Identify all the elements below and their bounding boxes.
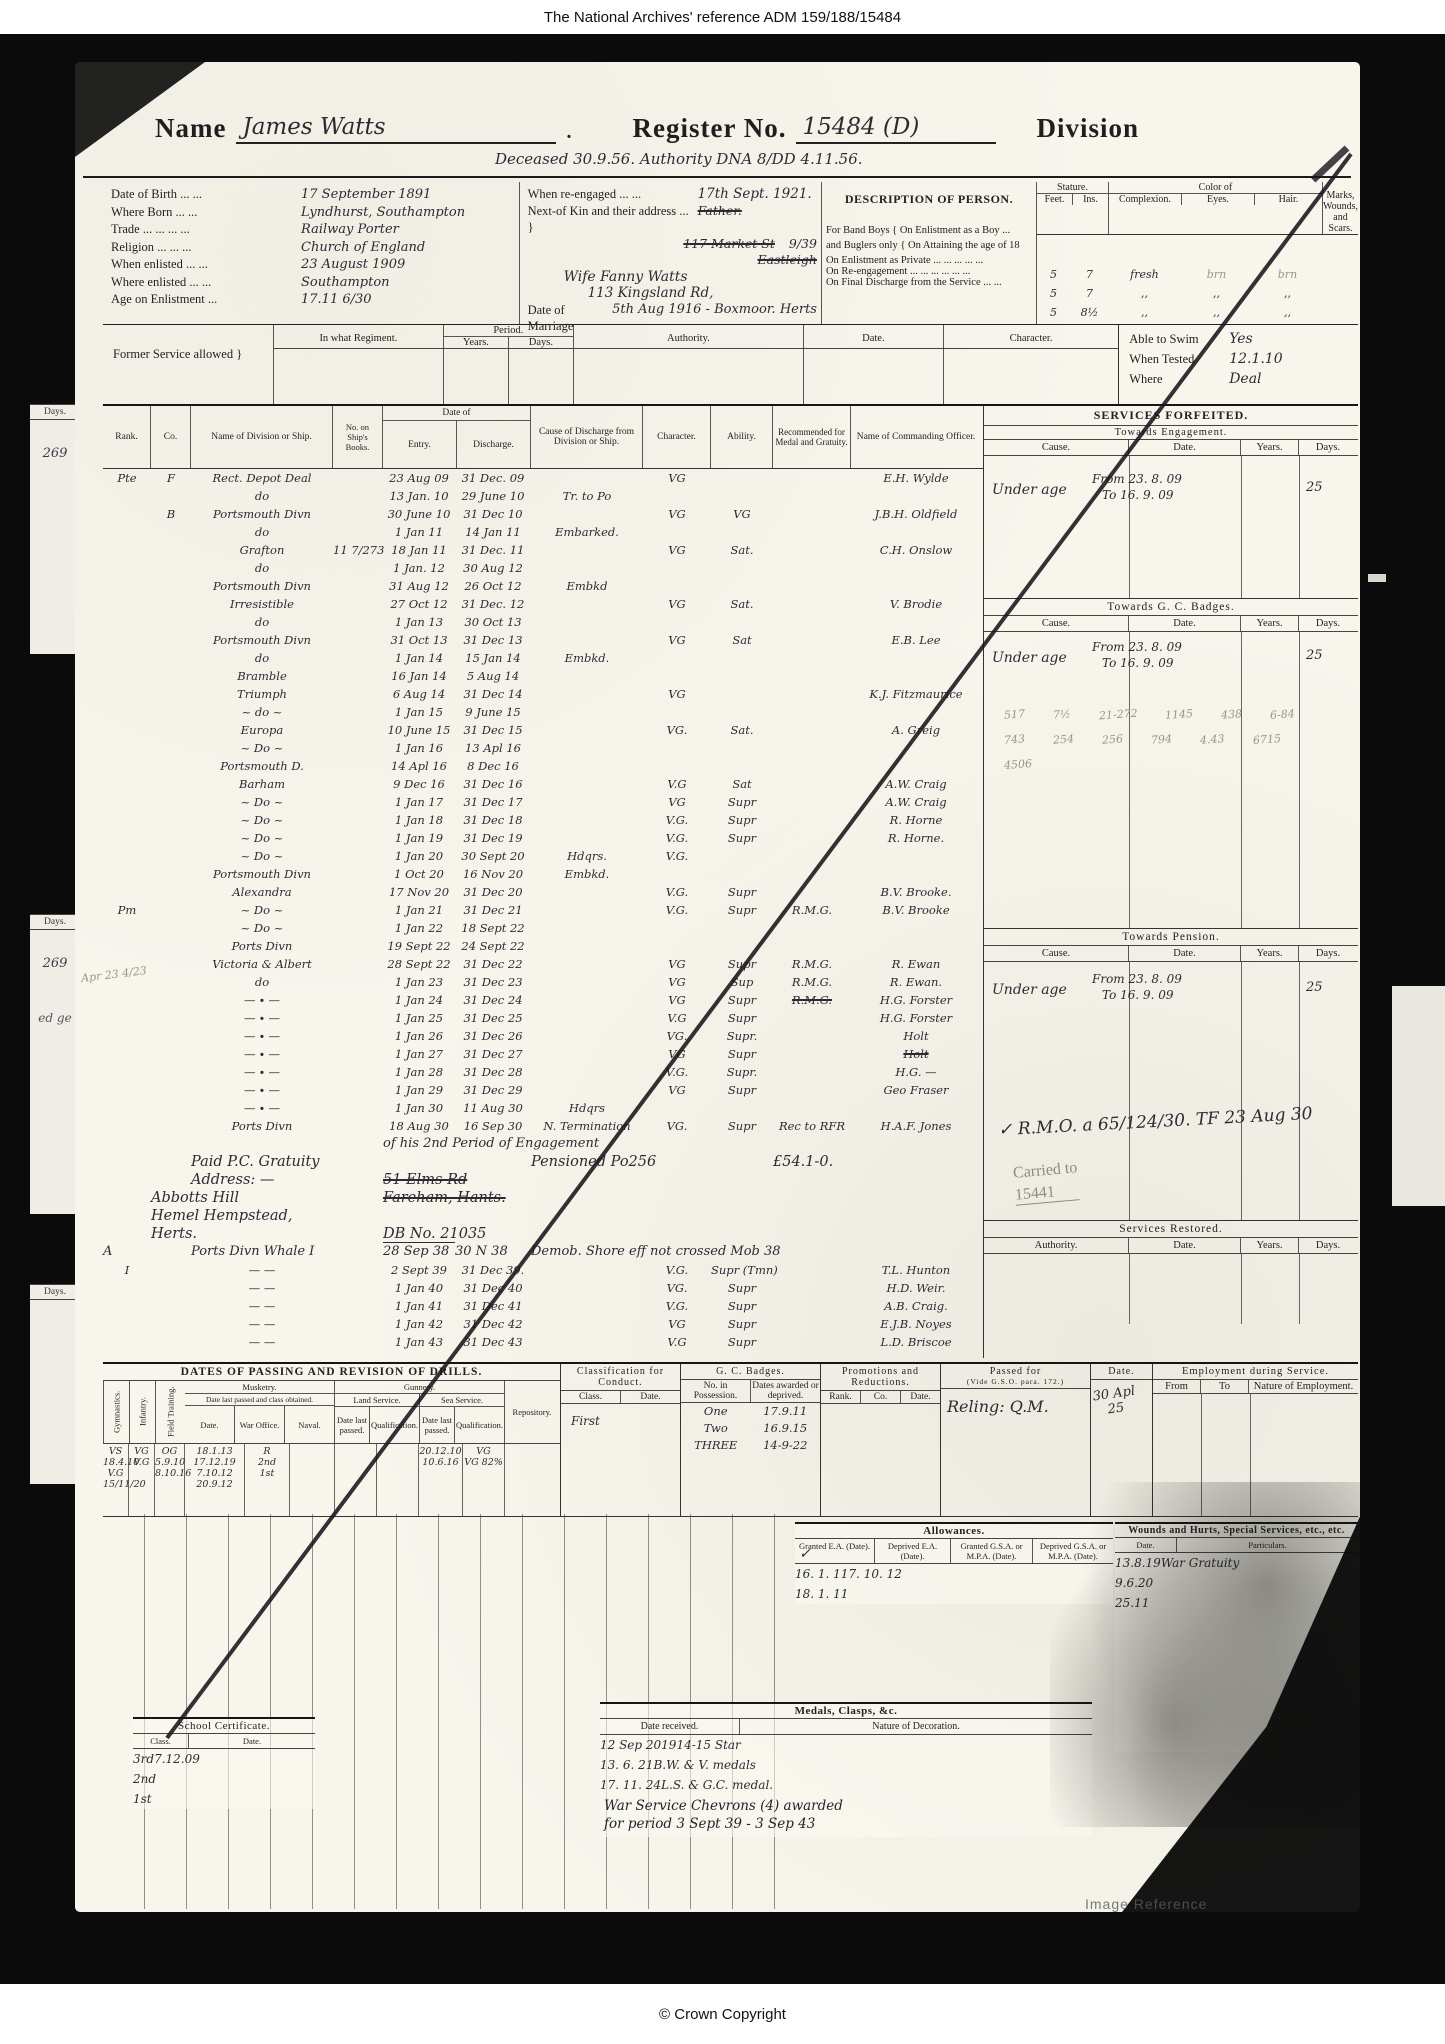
image-reference-watermark: Image Reference — [1085, 1896, 1207, 1912]
service-row-entry: 1 Jan 42 — [383, 1315, 455, 1333]
promotions-rank-header: Rank. — [821, 1391, 861, 1403]
service-row-cause — [531, 469, 643, 487]
service-row-cause — [531, 1135, 643, 1153]
desc-complexion-final: ,, — [1109, 306, 1181, 319]
service-row-officer: E.B. Lee — [851, 631, 981, 649]
service-row-entry: 1 Jan 19 — [383, 829, 455, 847]
conduct-value: First — [561, 1404, 680, 1516]
desc-row-label-final: On Final Discharge from the Service ... … — [822, 277, 1036, 288]
restored-body — [984, 1254, 1358, 1324]
service-row-discharge: 31 Dec 20 — [455, 883, 531, 901]
service-row-rank — [103, 1315, 151, 1333]
service-row-recommend — [773, 649, 851, 667]
service-row-ship: ~ Do ~ — [191, 793, 333, 811]
service-row-no — [333, 991, 383, 1009]
service-row-character — [643, 937, 711, 955]
service-row-ability: Supr. — [711, 1063, 773, 1081]
service-row: Hemel Hempstead, — [103, 1207, 983, 1225]
service-row: BPortsmouth Divn30 June 1031 Dec 10VGVGJ… — [103, 505, 983, 523]
service-row-recommend — [773, 631, 851, 649]
service-row-recommend — [773, 1333, 851, 1351]
school-class-header: Class. — [133, 1734, 189, 1748]
service-table-body: PteFRect. Depot Deal23 Aug 0931 Dec. 09V… — [103, 469, 983, 1358]
personal-field-label: Date of Birth ... ... — [111, 186, 301, 204]
service-row-ship: — — — [191, 1333, 333, 1351]
restored-title: Services Restored. — [984, 1221, 1358, 1238]
pencil-calculation: 254 — [1053, 732, 1075, 746]
name-value: James Watts — [236, 114, 556, 144]
pencil-calculation: 517 — [1004, 707, 1026, 721]
forfeited-years-header: Years. — [1241, 440, 1299, 455]
title-rule — [83, 176, 1351, 178]
service-row-no — [333, 487, 383, 505]
service-row-cause — [531, 505, 643, 523]
passed-for-title: Passed for — [990, 1366, 1041, 1377]
kin-mark: 9/39 — [789, 236, 817, 253]
service-row-character: VG — [643, 631, 711, 649]
pension-date-from: From 23. 8. 09 — [1092, 972, 1182, 986]
personal-field-label: Trade ... ... ... ... — [111, 221, 301, 239]
service-row-rank — [103, 487, 151, 505]
service-row-discharge: 31 Dec. 12 — [455, 595, 531, 613]
conduct-title: Classification for Conduct. — [561, 1364, 680, 1391]
service-row-ship: Victoria & Albert — [191, 955, 333, 973]
service-row-ability — [711, 865, 773, 883]
service-row-discharge: 26 Oct 12 — [455, 577, 531, 595]
service-row-no — [333, 955, 383, 973]
service-row-recommend — [773, 739, 851, 757]
gc-badge-row-date: 14-9-22 — [751, 1437, 821, 1454]
scan-right-mark — [1368, 574, 1386, 582]
adjacent-page-sliver: Days. — [30, 1284, 80, 1484]
service-row-officer — [851, 919, 981, 937]
header-co: Co. — [151, 406, 191, 468]
war-service-chevrons-note: War Service Chevrons (4) awarded for per… — [600, 1795, 1092, 1837]
service-row-ability: Supr — [711, 1279, 773, 1297]
service-row-entry: 28 Sept 22 — [383, 955, 455, 973]
service-row-entry: 1 Jan 26 — [383, 1027, 455, 1045]
carried-to-text: Carried to — [1012, 1159, 1078, 1182]
service-row: Victoria & Albert28 Sept 2231 Dec 22VGSu… — [103, 955, 983, 973]
service-row-no — [333, 685, 383, 703]
service-row: ~ Do ~1 Jan 1831 Dec 18V.G.SuprR. Horne — [103, 811, 983, 829]
service-row-ship: Portsmouth Divn — [191, 631, 333, 649]
service-row-recommend — [773, 595, 851, 613]
service-row-rank — [103, 1225, 151, 1243]
service-row-no — [333, 1315, 383, 1333]
service-row-cause — [531, 1063, 643, 1081]
service-table-header: Rank. Co. Name of Division or Ship. No. … — [103, 406, 983, 469]
service-row-entry: 2 Sept 39 — [383, 1261, 455, 1279]
service-row-entry — [383, 1207, 455, 1225]
service-row-ship: — ∙ — — [191, 1009, 333, 1027]
service-row-character: V.G. — [643, 901, 711, 919]
service-row-cause — [531, 541, 643, 559]
pension-date-header: Date. — [1129, 946, 1241, 961]
personal-field-label: Age on Enlistment ... — [111, 291, 301, 309]
service-row-officer — [851, 613, 981, 631]
towards-gc-badges-section: Towards G. C. Badges. Cause. Date. Years… — [984, 599, 1358, 929]
division-label: Division — [1036, 113, 1139, 144]
service-row-ship — [191, 1135, 333, 1153]
service-row-ability — [711, 667, 773, 685]
service-row: Portsmouth Divn31 Aug 1226 Oct 12Embkd — [103, 577, 983, 595]
service-row: — —1 Jan 4031 Dec 40VG.SuprH.D. Weir. — [103, 1279, 983, 1297]
personal-field-value: 17.11 6/30 — [301, 291, 372, 309]
promotions-date-header: Date. — [901, 1391, 940, 1403]
service-row-entry: 1 Jan 30 — [383, 1099, 455, 1117]
medal-row-date: 13. 6. 21 — [600, 1755, 653, 1775]
personal-field-value: Southampton — [301, 274, 390, 292]
allowances-title: Allowances. — [795, 1524, 1113, 1539]
service-row-cause — [531, 829, 643, 847]
register-value: 15484 (D) — [796, 114, 996, 144]
forfeited-date-header: Date. — [1129, 440, 1241, 455]
service-row-rank — [103, 541, 151, 559]
service-row-entry: 23 Aug 09 — [383, 469, 455, 487]
service-row-recommend — [773, 1315, 851, 1333]
service-row-officer: H.A.F. Jones — [851, 1117, 981, 1135]
service-row-co — [151, 757, 191, 775]
service-row-discharge: 30 N 38 — [455, 1243, 531, 1261]
service-row-no — [333, 505, 383, 523]
service-row-co — [151, 1063, 191, 1081]
service-row-ship: — — — [191, 1279, 333, 1297]
service-row-cause — [531, 1189, 643, 1207]
service-row: I— —2 Sept 3931 Dec 39.V.G.Supr (Tmn)T.L… — [103, 1261, 983, 1279]
forfeited-cause-header: Cause. — [984, 440, 1129, 455]
service-row-entry: 27 Oct 12 — [383, 595, 455, 613]
service-row-character: V.G. — [643, 1261, 711, 1279]
restored-days-header: Days. — [1299, 1238, 1357, 1253]
land-date-entries — [335, 1444, 377, 1516]
service-row-entry: 18 Jan 11 — [383, 541, 455, 559]
service-row-ability — [711, 577, 773, 595]
employment-from-header: From — [1153, 1380, 1201, 1393]
gc-badge-row-no: Two — [681, 1420, 751, 1437]
service-row: ~ do ~1 Jan 159 June 15 — [103, 703, 983, 721]
service-row-rank — [103, 559, 151, 577]
service-row-ability — [711, 1189, 773, 1207]
ins-header: Ins. — [1073, 194, 1108, 205]
wound-row-part: War Gratuity — [1161, 1553, 1239, 1573]
service-row: — ∙ —1 Jan 2631 Dec 26VG.Supr.Holt — [103, 1027, 983, 1045]
service-row-cause: N. Termination — [531, 1117, 643, 1135]
services-forfeited-title: SERVICES FORFEITED. — [984, 406, 1358, 426]
service-row-ship: ~ Do ~ — [191, 829, 333, 847]
service-row-discharge: 31 Dec 43 — [455, 1333, 531, 1351]
forfeited-days-value: 25 — [1306, 480, 1323, 495]
service-row-officer: A.W. Craig — [851, 775, 981, 793]
service-row-ship: Portsmouth D. — [191, 757, 333, 775]
wound-row-date: 13.8.19 — [1115, 1553, 1161, 1573]
service-row-co — [151, 1081, 191, 1099]
desc-complexion-private: fresh — [1109, 268, 1181, 281]
service-row-character: V.G. — [643, 811, 711, 829]
wound-row-date: 9.6.20 — [1115, 1573, 1153, 1593]
service-row-ability: Supr — [711, 1333, 773, 1351]
service-row-character: V.G. — [643, 883, 711, 901]
service-row-character — [643, 559, 711, 577]
service-row-entry: 1 Jan 24 — [383, 991, 455, 1009]
service-row: Bramble16 Jan 145 Aug 14 — [103, 667, 983, 685]
drills-band: DATES OF PASSING AND REVISION OF DRILLS.… — [103, 1362, 1358, 1517]
carried-to-note: Carried to 15441 — [1012, 1159, 1080, 1205]
service-row-entry: 13 Jan. 10 — [383, 487, 455, 505]
drills-table: DATES OF PASSING AND REVISION OF DRILLS.… — [103, 1364, 561, 1516]
service-row-ability — [711, 937, 773, 955]
service-row-cause: Hdqrs — [531, 1099, 643, 1117]
field-training-header: Field Training. — [155, 1381, 185, 1443]
personal-field: Trade ... ... ... ...Railway Porter — [111, 221, 513, 239]
medals-nature-header: Nature of Decoration. — [740, 1719, 1092, 1734]
service-row-no — [333, 901, 383, 919]
service-row-discharge: 5 Aug 14 — [455, 667, 531, 685]
service-row-cause — [531, 1279, 643, 1297]
service-row-rank — [103, 1135, 151, 1153]
service-row-rank — [103, 631, 151, 649]
service-row-cause — [531, 811, 643, 829]
promotions-body — [821, 1404, 940, 1516]
service-row-entry: 1 Jan 17 — [383, 793, 455, 811]
service-row-discharge: 14 Jan 11 — [455, 523, 531, 541]
land-qual-header: Qualification. — [370, 1407, 420, 1443]
service-row-ability: Supr — [711, 811, 773, 829]
service-row-officer: Geo Fraser — [851, 1081, 981, 1099]
service-row-ability — [711, 523, 773, 541]
employment-section: Employment during Service. From To Natur… — [1153, 1364, 1358, 1516]
gc-no-header: No. in Possession. — [681, 1380, 751, 1402]
service-row-entry: 16 Jan 14 — [383, 667, 455, 685]
service-row-recommend — [773, 1207, 851, 1225]
service-row-ability — [711, 1153, 773, 1171]
service-row-ship: Ports Divn — [191, 937, 333, 955]
service-row-no — [333, 919, 383, 937]
service-row-ability: Sat. — [711, 541, 773, 559]
service-row-character — [643, 577, 711, 595]
service-row-co — [151, 541, 191, 559]
personal-field: When enlisted ... ...23 August 1909 — [111, 256, 513, 274]
service-row-ship: Address: — — [191, 1171, 333, 1189]
medal-row-dec: 1914-15 Star — [661, 1735, 741, 1755]
service-row-no — [333, 829, 383, 847]
service-row-co — [151, 667, 191, 685]
service-row-cause — [531, 1009, 643, 1027]
service-row-co — [151, 1135, 191, 1153]
service-row-ability — [711, 1243, 773, 1261]
service-row-discharge: 15 Jan 14 — [455, 649, 531, 667]
desc-ins-private: 7 — [1071, 268, 1109, 281]
service-row-rank — [103, 739, 151, 757]
service-row-entry: 18 Aug 30 — [383, 1117, 455, 1135]
service-row-entry: 1 Jan 20 — [383, 847, 455, 865]
service-row-entry: 1 Jan 29 — [383, 1081, 455, 1099]
employment-body — [1153, 1394, 1358, 1516]
service-row-ship: Portsmouth Divn — [191, 505, 333, 523]
gc-badge-row-no: THREE — [681, 1437, 751, 1454]
service-row-no — [333, 739, 383, 757]
service-row-ship: do — [191, 613, 333, 631]
school-row-cls: 2nd — [133, 1769, 156, 1789]
service-row-co — [151, 1297, 191, 1315]
record-page: Name James Watts . Register No. 15484 (D… — [75, 62, 1360, 1912]
infantry-header: Infantry. — [129, 1381, 155, 1443]
sea-qual-entries: VG VG 82% — [463, 1444, 505, 1516]
service-row-rank: Pm — [103, 901, 151, 919]
description-of-person: DESCRIPTION OF PERSON. For Band Boys { O… — [821, 182, 1358, 324]
main-band: Rank. Co. Name of Division or Ship. No. … — [103, 404, 1358, 1358]
gunnery-header: Gunnery. — [335, 1381, 504, 1394]
service-row-co — [151, 1243, 191, 1261]
service-row-officer — [851, 1099, 981, 1117]
description-title: DESCRIPTION OF PERSON. — [822, 182, 1036, 222]
eyes-header: Eyes. — [1182, 194, 1255, 205]
header-discharge: Discharge. — [457, 421, 530, 468]
service-row-ability — [711, 847, 773, 865]
service-row-no — [333, 811, 383, 829]
service-row-no — [333, 1099, 383, 1117]
service-row-discharge: 31 Dec 42 — [455, 1315, 531, 1333]
service-row-officer — [851, 865, 981, 883]
school-row-cls: 1st — [133, 1789, 152, 1809]
service-row: — —1 Jan 4331 Dec 43V.GSuprL.D. Briscoe — [103, 1333, 983, 1351]
gymnastics-entries: VS 18.4.10 V.G 15/11/20 — [103, 1444, 129, 1516]
employment-title: Employment during Service. — [1153, 1364, 1358, 1380]
service-row-character: VG — [643, 973, 711, 991]
pencil-calculation: 1145 — [1165, 707, 1194, 722]
service-row-discharge: 18 Sept 22 — [455, 919, 531, 937]
service-row-character: VG — [643, 595, 711, 613]
service-row-ship: Paid P.C. Gratuity — [191, 1153, 333, 1171]
service-row-officer — [851, 757, 981, 775]
service-row-officer: R. Ewan — [851, 955, 981, 973]
service-row-officer — [851, 667, 981, 685]
service-row-rank — [103, 1279, 151, 1297]
desc-ins-final: 8½ — [1071, 306, 1109, 319]
personal-field-value: 17 September 1891 — [301, 186, 431, 204]
personal-field-value: Lyndhurst, Southampton — [301, 204, 465, 222]
able-to-swim-label: Able to Swim — [1129, 329, 1229, 349]
header-no-on-books: No. on Ship's Books. — [333, 406, 383, 468]
service-row-officer: K.J. Fitzmaurice — [851, 685, 981, 703]
service-row-ship: ~ do ~ — [191, 703, 333, 721]
service-row-ship: — ∙ — — [191, 991, 333, 1009]
service-row-recommend — [773, 1135, 851, 1153]
service-row-ship: Bramble — [191, 667, 333, 685]
service-row-entry: 1 Jan 43 — [383, 1333, 455, 1351]
service-row-character: VG — [643, 1081, 711, 1099]
service-row-rank — [103, 1171, 151, 1189]
service-row-ability: VG — [711, 505, 773, 523]
service-row-character: V.G — [643, 775, 711, 793]
personal-field-value: 23 August 1909 — [301, 256, 405, 274]
service-row-recommend — [773, 829, 851, 847]
service-row-ability: Supr — [711, 901, 773, 919]
service-row-recommend — [773, 469, 851, 487]
service-row-officer: A. Greig — [851, 721, 981, 739]
service-row-officer: H.G. — — [851, 1063, 981, 1081]
service-row-entry: 1 Jan 40 — [383, 1279, 455, 1297]
service-row-character: VG — [643, 1315, 711, 1333]
service-row-cause — [531, 631, 643, 649]
service-row-rank — [103, 757, 151, 775]
screenshot-canvas: The National Archives' reference ADM 159… — [0, 0, 1445, 2044]
service-row-officer: B.V. Brooke — [851, 901, 981, 919]
services-forfeited-section: SERVICES FORFEITED. Towards Engagement. … — [984, 406, 1358, 599]
service-row-discharge: 31 Dec 41 — [455, 1297, 531, 1315]
service-row-ability — [711, 919, 773, 937]
service-row-co — [151, 973, 191, 991]
service-row-entry: 51 Elms Rd — [383, 1171, 455, 1189]
service-row-ability: Supr. — [711, 1027, 773, 1045]
towards-pension-section: Towards Pension. Cause. Date. Years. Day… — [984, 929, 1358, 1221]
service-row-co: Hemel Hempstead, — [151, 1207, 191, 1225]
service-row-ability — [711, 739, 773, 757]
service-row-no — [333, 1009, 383, 1027]
service-row-cause — [531, 775, 643, 793]
school-row: 2nd — [133, 1769, 315, 1789]
service-row-recommend — [773, 721, 851, 739]
service-row-no — [333, 1207, 383, 1225]
service-row-no — [333, 577, 383, 595]
service-row-recommend — [773, 1063, 851, 1081]
promotions-table: Promotions and Reductions. Rank. Co. Dat… — [821, 1364, 941, 1516]
service-row-co — [151, 937, 191, 955]
service-row-officer — [851, 523, 981, 541]
service-row-discharge — [455, 1207, 531, 1225]
service-row-ability — [711, 613, 773, 631]
service-row-no — [333, 1045, 383, 1063]
medal-row-date: 12 Sep 20 — [600, 1735, 661, 1755]
former-service-table: In what Regiment. Period. Years. Days. A… — [273, 325, 1118, 405]
service-row: ~ Do ~1 Jan 1731 Dec 17VGSuprA.W. Craig — [103, 793, 983, 811]
service-row: — ∙ —1 Jan 2731 Dec 27VGSuprHolt — [103, 1045, 983, 1063]
service-row-officer: C.H. Onslow — [851, 541, 981, 559]
service-row-character — [643, 523, 711, 541]
service-row-ship: ~ Do ~ — [191, 919, 333, 937]
service-row-officer — [851, 487, 981, 505]
medal-row-date: 17. 11. 24 — [600, 1775, 661, 1795]
school-rows: 3rd7.12.092nd1st — [133, 1749, 315, 1809]
service-row-ship: do — [191, 487, 333, 505]
towards-engagement-subtitle: Towards Engagement. — [984, 426, 1358, 440]
service-row-entry: 1 Jan 11 — [383, 523, 455, 541]
service-row-rank — [103, 649, 151, 667]
next-of-kin-block: When re-engaged ... ... 17th Sept. 1921.… — [519, 182, 821, 324]
service-row-character: VG — [643, 955, 711, 973]
service-row-co — [151, 595, 191, 613]
service-row-rank — [103, 1027, 151, 1045]
service-row-ability — [711, 487, 773, 505]
service-row-entry: 1 Jan 22 — [383, 919, 455, 937]
service-row-no — [333, 1243, 383, 1261]
land-service-header: Land Service. — [335, 1394, 420, 1406]
service-row-cause — [531, 613, 643, 631]
service-row-discharge: 31 Dec 27 — [455, 1045, 531, 1063]
deceased-annotation: Deceased 30.9.56. Authority DNA 8/DD 4.1… — [495, 150, 863, 168]
service-row-officer: H.D. Weir. — [851, 1279, 981, 1297]
service-row-entry: 1 Jan. 12 — [383, 559, 455, 577]
wounds-particulars-header: Particulars. — [1177, 1538, 1358, 1552]
service-row-ability: Supr — [711, 1117, 773, 1135]
service-row-ability: Supr — [711, 1315, 773, 1333]
service-row-recommend: R.M.G. — [773, 955, 851, 973]
header-rank: Rank. — [103, 406, 151, 468]
service-row: Irresistible27 Oct 1231 Dec. 12VGSat.V. … — [103, 595, 983, 613]
service-row: Portsmouth D.14 Apl 168 Dec 16 — [103, 757, 983, 775]
service-row: do1 Jan 1114 Jan 11Embarked. — [103, 523, 983, 541]
service-row-ability — [711, 649, 773, 667]
